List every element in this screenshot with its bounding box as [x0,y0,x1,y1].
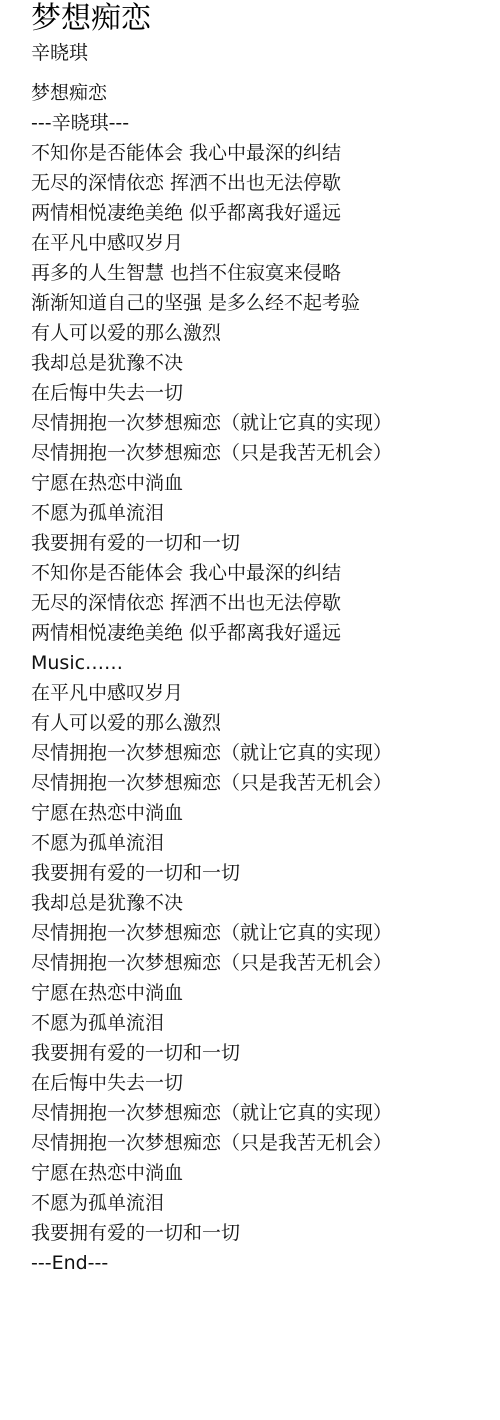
lyric-line: 尽情拥抱一次梦想痴恋（只是我苦无机会） [31,948,500,978]
lyric-line: 再多的人生智慧 也挡不住寂寞来侵略 [31,258,500,288]
lyric-line: 有人可以爱的那么激烈 [31,318,500,348]
lyric-line: 宁愿在热恋中淌血 [31,798,500,828]
lyric-line: 无尽的深情依恋 挥洒不出也无法停歇 [31,168,500,198]
lyric-line: Music…… [31,648,500,678]
lyric-line: 尽情拥抱一次梦想痴恋（就让它真的实现） [31,918,500,948]
lyric-line: 无尽的深情依恋 挥洒不出也无法停歇 [31,588,500,618]
lyric-line: 宁愿在热恋中淌血 [31,1158,500,1188]
lyric-line: 在平凡中感叹岁月 [31,228,500,258]
lyric-line: 尽情拥抱一次梦想痴恋（只是我苦无机会） [31,1128,500,1158]
lyric-line: 不知你是否能体会 我心中最深的纠结 [31,138,500,168]
lyric-line: 在后悔中失去一切 [31,378,500,408]
lyric-line: 我要拥有爱的一切和一切 [31,1218,500,1248]
lyric-line: 在后悔中失去一切 [31,1068,500,1098]
lyric-line: ---辛晓琪--- [31,108,500,138]
lyric-line: 不愿为孤单流泪 [31,1008,500,1038]
lyrics-page: 梦想痴恋 辛晓琪 梦想痴恋 ---辛晓琪--- 不知你是否能体会 我心中最深的纠… [31,0,500,1278]
lyric-line: 我要拥有爱的一切和一切 [31,858,500,888]
lyric-line: 有人可以爱的那么激烈 [31,708,500,738]
lyric-line: 不知你是否能体会 我心中最深的纠结 [31,558,500,588]
lyric-line: 我却总是犹豫不决 [31,888,500,918]
lyric-line: 我要拥有爱的一切和一切 [31,1038,500,1068]
lyric-line: 我却总是犹豫不决 [31,348,500,378]
lyric-line: 尽情拥抱一次梦想痴恋（只是我苦无机会） [31,438,500,468]
lyric-line: 尽情拥抱一次梦想痴恋（就让它真的实现） [31,738,500,768]
lyric-line: 我要拥有爱的一切和一切 [31,528,500,558]
lyric-line: 尽情拥抱一次梦想痴恋（只是我苦无机会） [31,768,500,798]
lyric-line: 宁愿在热恋中淌血 [31,468,500,498]
lyric-line: 不愿为孤单流泪 [31,498,500,528]
lyric-line: ---End--- [31,1248,500,1278]
lyric-line: 两情相悦凄绝美绝 似乎都离我好遥远 [31,198,500,228]
lyric-line: 不愿为孤单流泪 [31,1188,500,1218]
lyric-line: 宁愿在热恋中淌血 [31,978,500,1008]
lyric-line: 不愿为孤单流泪 [31,828,500,858]
lyric-line: 渐渐知道自己的坚强 是多么经不起考验 [31,288,500,318]
lyric-line: 尽情拥抱一次梦想痴恋（就让它真的实现） [31,408,500,438]
song-title: 梦想痴恋 [31,0,500,38]
lyric-line: 在平凡中感叹岁月 [31,678,500,708]
song-artist: 辛晓琪 [31,38,500,68]
lyric-line: 梦想痴恋 [31,78,500,108]
lyrics-body: 梦想痴恋 ---辛晓琪--- 不知你是否能体会 我心中最深的纠结 无尽的深情依恋… [31,78,500,1278]
lyric-line: 尽情拥抱一次梦想痴恋（就让它真的实现） [31,1098,500,1128]
lyric-line: 两情相悦凄绝美绝 似乎都离我好遥远 [31,618,500,648]
